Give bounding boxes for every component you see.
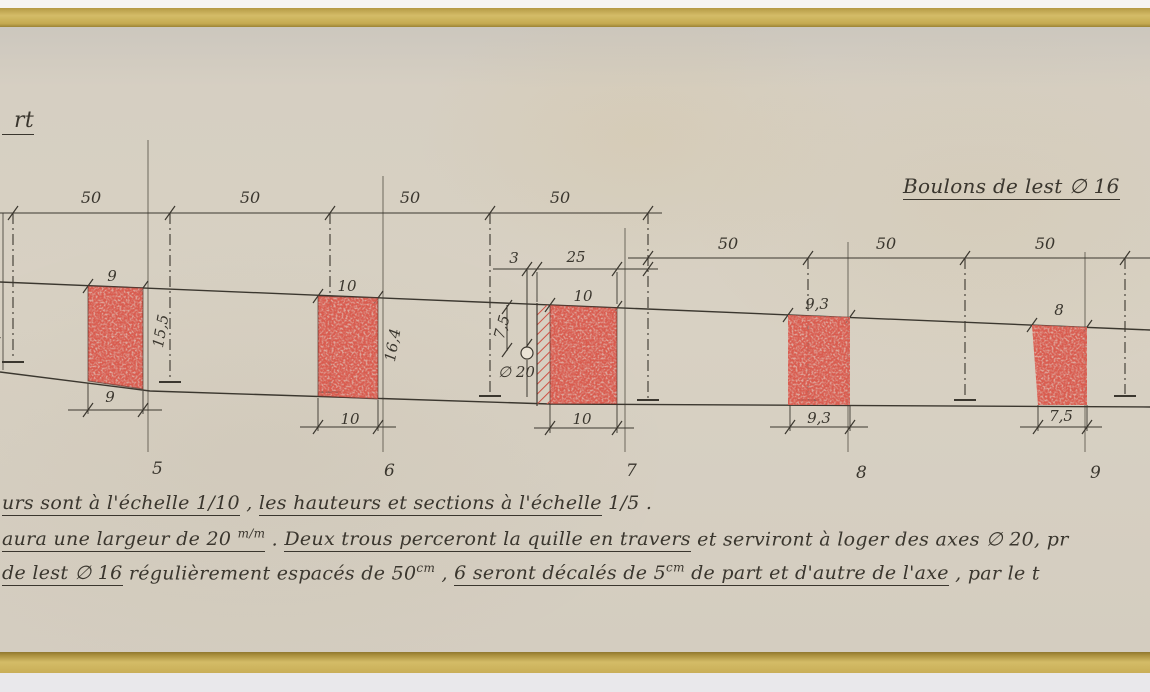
note-line-2: aura une largeur de 20 m/m . Deux trous … — [2, 527, 1069, 550]
note-segment: 6 seront décalés de 5cm de part et d'aut… — [454, 562, 949, 586]
ballast-bolts-diameter: ∅ 16 — [1069, 174, 1119, 198]
dim-s8-top: 9,3 — [795, 295, 839, 313]
dim-s8-bottom: 9,3 — [797, 409, 841, 427]
note-segment: de lest ∅ 16 — [2, 562, 123, 586]
ballast-section-5 — [88, 286, 143, 389]
note-segment: Deux trous perceront la quille en traver… — [284, 528, 691, 552]
note-segment: . — [265, 528, 284, 550]
note-segment: urs sont à l'échelle — [2, 492, 196, 516]
spacing-label: 50 — [538, 188, 582, 207]
dim-s7-offset: 3 — [492, 249, 536, 267]
dim-edge-partial: 5 — [0, 334, 2, 352]
spacing-label: 50 — [706, 234, 750, 253]
note-segment: , — [435, 562, 454, 584]
dim-s9-bottom: 7,5 — [1039, 407, 1083, 425]
note-segment: et serviront à loger des axes ∅ 20, pr — [691, 528, 1069, 550]
ballast-bolts-label: Boulons de lest — [903, 174, 1069, 198]
note-segment: aura une largeur de 20 — [2, 528, 238, 550]
dim-s9-top: 8 — [1037, 301, 1081, 319]
station-number: 6 — [384, 461, 395, 481]
title-fragment: rt — [2, 108, 34, 135]
note-segment: de part et d'autre de l'axe — [685, 562, 949, 584]
axle-hole-circle — [521, 347, 533, 359]
note-segment-sup: cm — [666, 561, 685, 575]
dim-s5-bottom: 9 — [88, 388, 132, 406]
note-segment: 1/5 . — [602, 492, 653, 514]
dim-s6-top: 10 — [325, 277, 369, 295]
dim-s6-bottom: 10 — [328, 410, 372, 428]
note-segment: , par le t — [949, 562, 1040, 584]
note-line-3: de lest ∅ 16 régulièrement espacés de 50… — [2, 561, 1040, 584]
note-segment: les hauteurs et sections à l'échelle — [259, 492, 602, 516]
note-segment: 1/10 — [196, 492, 240, 516]
ballast-section-6 — [318, 296, 378, 399]
spacing-label: 50 — [1023, 234, 1067, 253]
ballast-bolts-title: Boulons de lest ∅ 16 — [903, 174, 1120, 200]
spacing-label: 50 — [864, 234, 908, 253]
ballast-section-7 — [550, 305, 617, 404]
note-segment: aura une largeur de 20 m/m — [2, 528, 265, 552]
note-segment: , — [240, 492, 259, 514]
ballast-section-9 — [1032, 325, 1087, 405]
dim-s7-top: 10 — [561, 287, 605, 305]
ballast-section-8 — [788, 315, 850, 405]
dim-s7-inset: 25 — [554, 248, 598, 266]
keel-drawing-svg — [0, 0, 1150, 692]
spacing-label: 50 — [228, 188, 272, 207]
scanned-keel-drawing: rt Boulons de lest ∅ 16 50 50 50 50 50 5… — [0, 0, 1150, 692]
station-number: 5 — [152, 459, 163, 479]
dim-s7-axle-diameter: ∅ 20 — [498, 363, 535, 381]
spacing-label: 50 — [69, 188, 113, 207]
note-segment-sup: cm — [416, 561, 435, 575]
dim-s7-bottom: 10 — [560, 410, 604, 428]
dim-s5-top: 9 — [90, 267, 134, 285]
spacing-label: 50 — [388, 188, 432, 207]
station-number: 9 — [1090, 463, 1101, 483]
note-segment: 6 seront décalés de 5 — [454, 562, 666, 584]
station-number: 7 — [626, 461, 637, 481]
note-line-1: urs sont à l'échelle 1/10 , les hauteurs… — [2, 492, 652, 514]
note-segment-sup: m/m — [238, 527, 266, 541]
note-segment: régulièrement espacés de 50 — [123, 562, 417, 584]
station-number: 8 — [856, 463, 867, 483]
hatch-strip — [537, 305, 550, 404]
